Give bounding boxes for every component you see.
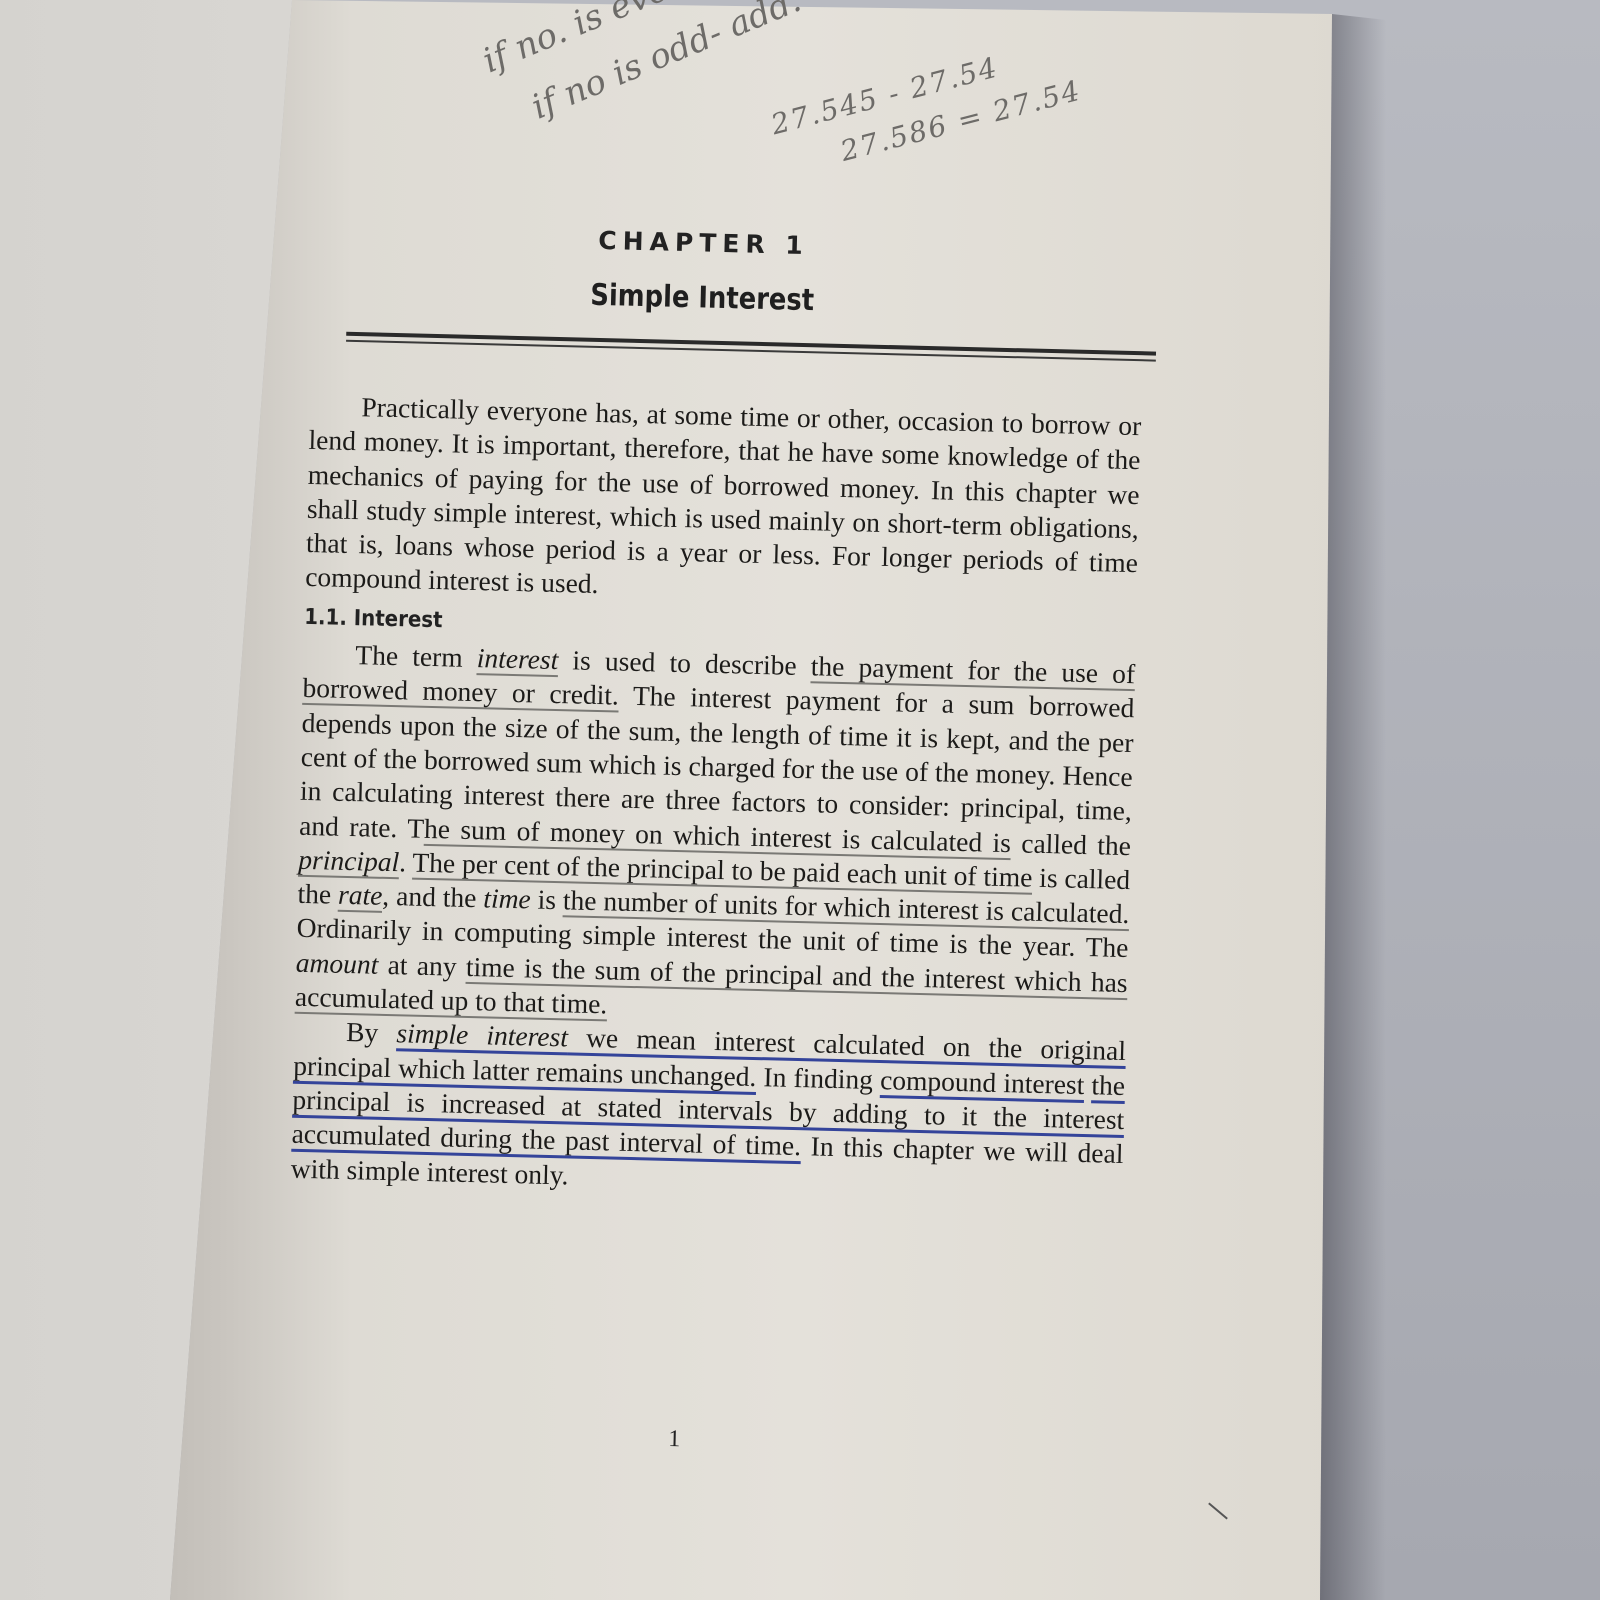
intro-paragraph: Practically everyone has, at some time o…	[305, 389, 1142, 615]
text-run: at any	[378, 949, 466, 982]
text-run: is used to describe	[558, 644, 811, 681]
term-principal: principal	[298, 844, 400, 877]
text-run: is	[530, 884, 563, 916]
term-amount: amount	[296, 947, 379, 980]
page-content: if no. is even-drop it if no is odd- add…	[221, 0, 1160, 1600]
term-interest: interest	[476, 642, 558, 675]
simple-interest-paragraph: By simple interest we mean interest calc…	[290, 1014, 1126, 1206]
text-run: In finding	[756, 1061, 881, 1095]
text-run: , and the	[382, 880, 484, 913]
term-simple-interest: simple interest	[396, 1018, 568, 1053]
body-text: Practically everyone has, at some time o…	[290, 389, 1141, 1206]
interest-paragraph: The term interest is used to describe th…	[295, 637, 1136, 1034]
text-run: .	[399, 846, 413, 877]
term-time: time	[483, 882, 531, 914]
text-run: called the	[1011, 827, 1132, 861]
term-compound-interest: compound interest	[880, 1064, 1085, 1100]
chapter-title: Simple Interest	[315, 271, 1090, 325]
term-rate: rate	[338, 879, 383, 911]
text-run: The term	[355, 639, 477, 673]
text-run: By	[346, 1016, 397, 1048]
chapter-label: CHAPTER 1	[253, 218, 1153, 269]
page-number: 1	[224, 1415, 1124, 1464]
